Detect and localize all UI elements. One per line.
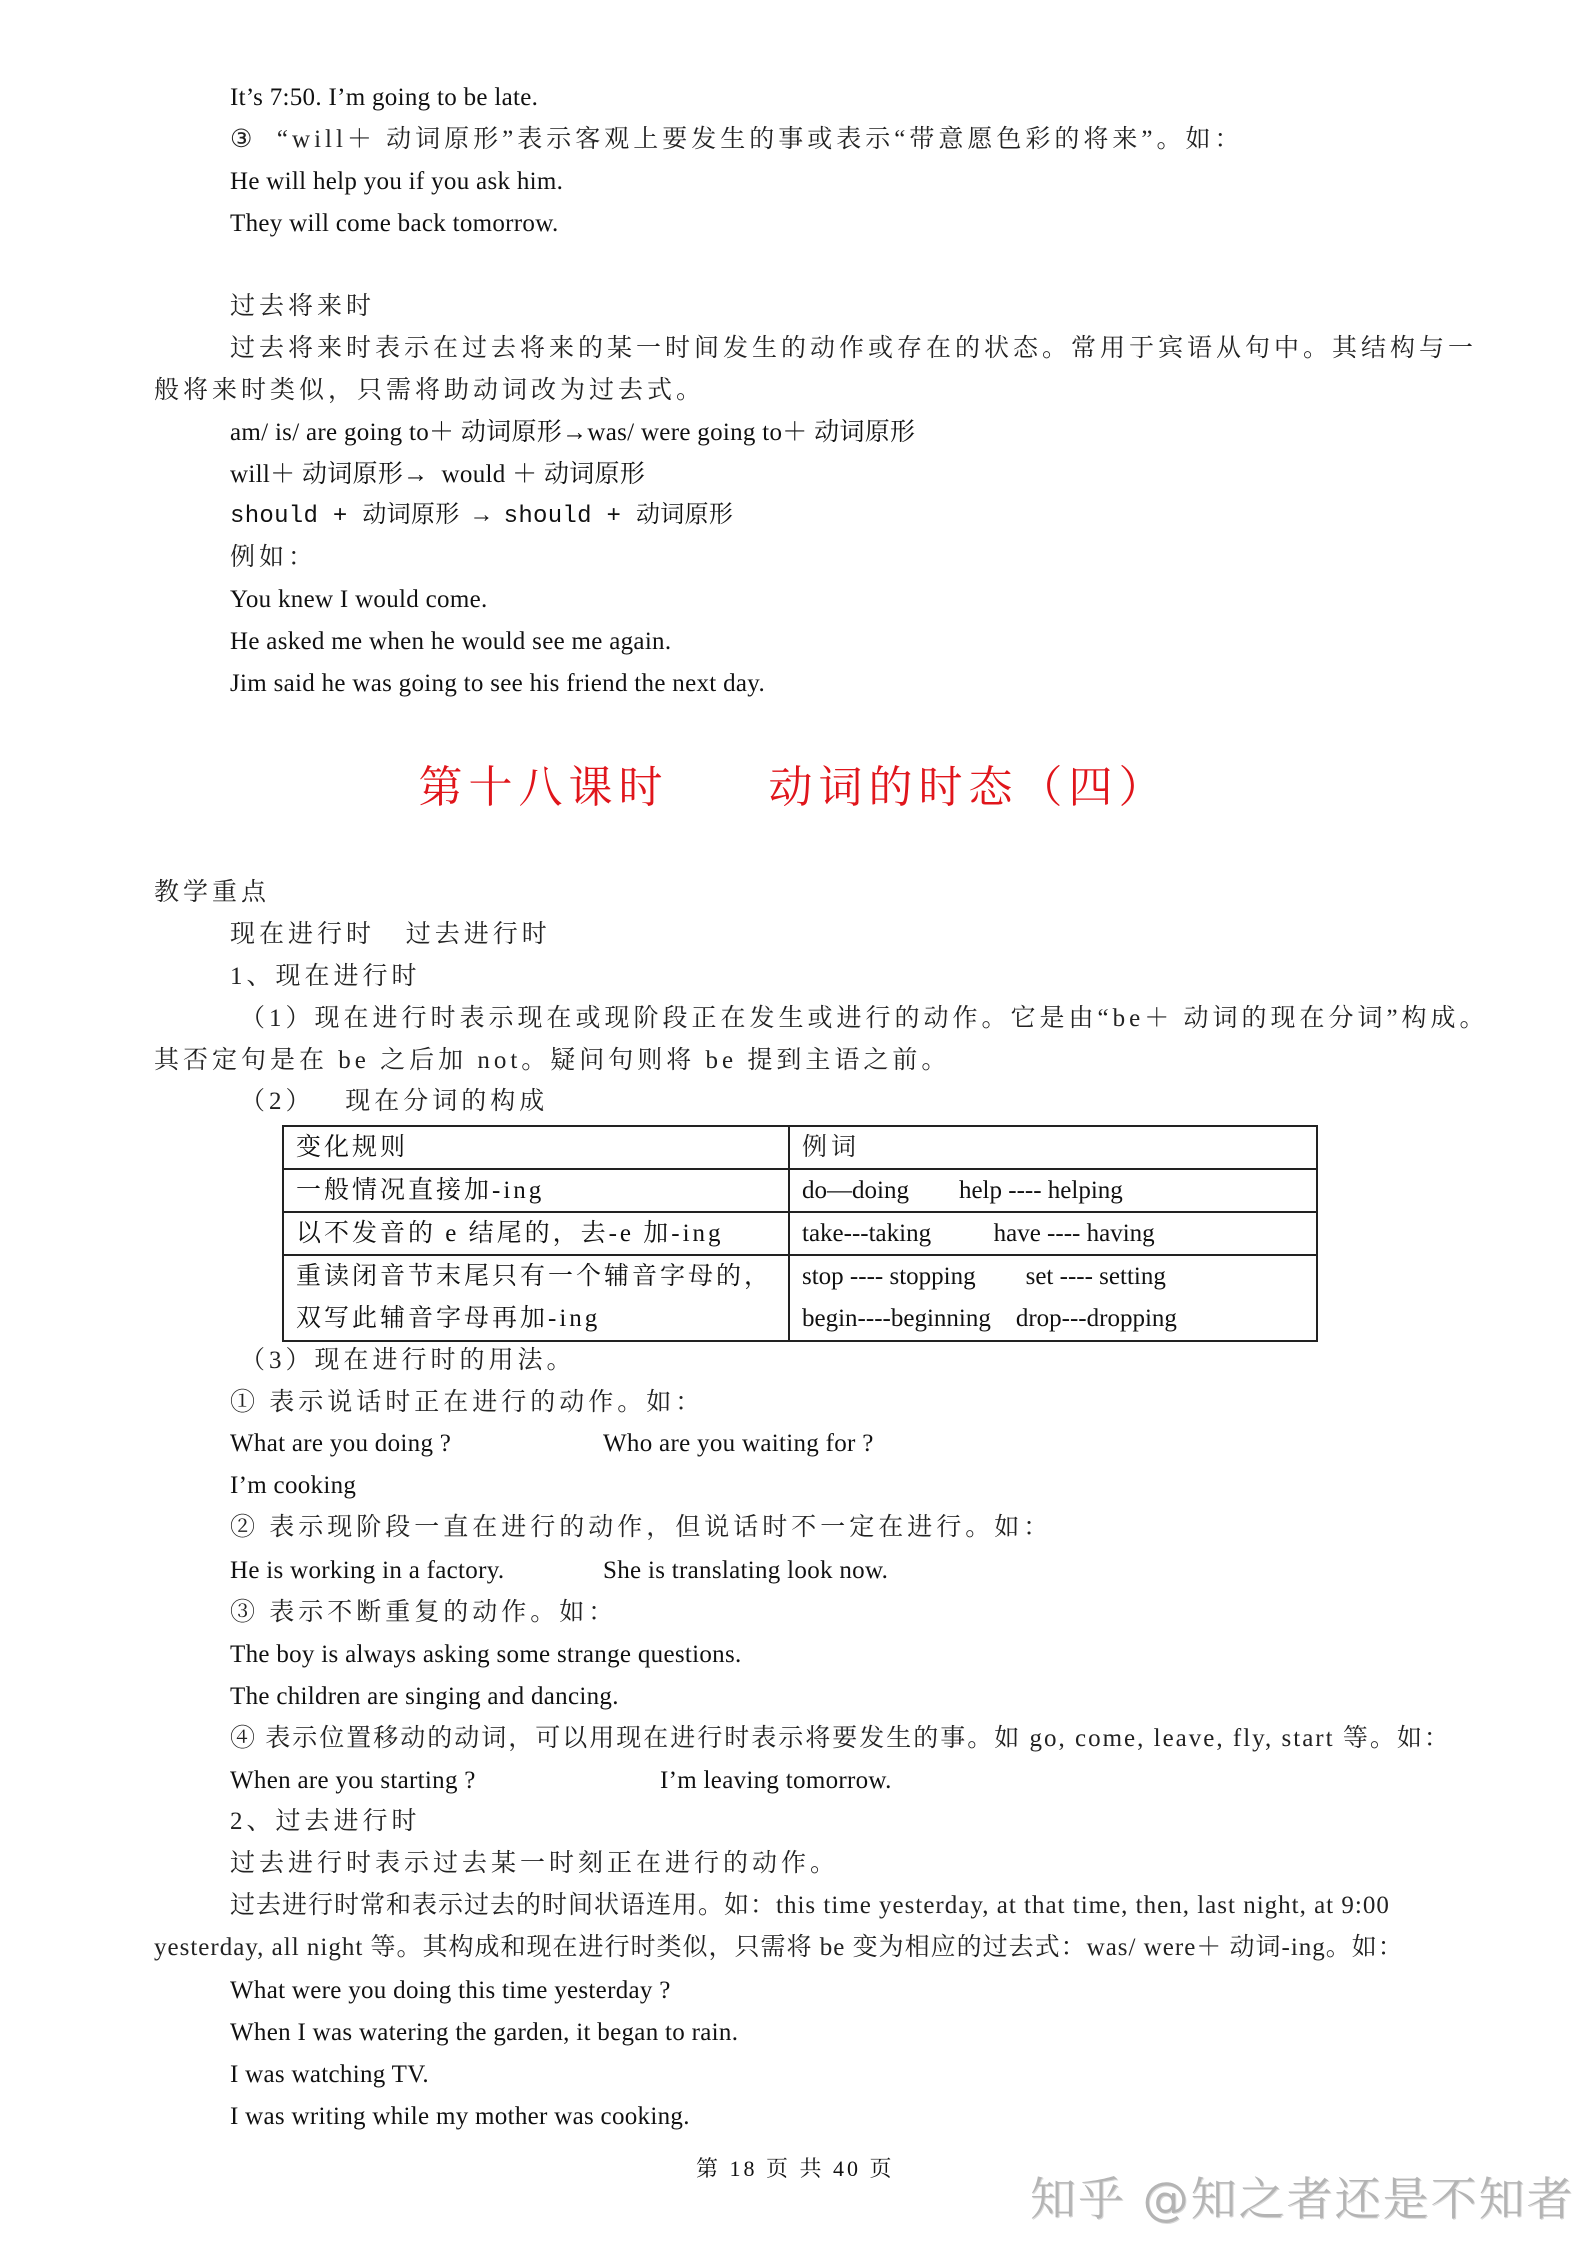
rule-line: 双写此辅音字母再加-ing bbox=[296, 1298, 776, 1340]
rule-line: will＋ 动词原形→ would ＋ 动词原形 bbox=[230, 454, 645, 496]
usage-item: ③ 表示不断重复的动作。如： bbox=[230, 1592, 617, 1634]
example-sentence: When are you starting ? bbox=[230, 1760, 476, 1802]
example-sentence: He is working in a factory. bbox=[230, 1550, 504, 1592]
section-heading-present-continuous: 1、现在进行时 bbox=[230, 956, 421, 998]
page-number: 第 18 页 共 40 页 bbox=[696, 2152, 895, 2183]
example-sentence: He will help you if you ask him. bbox=[230, 161, 563, 203]
rule-line: am/ is/ are going to＋ 动词原形→was/ were goi… bbox=[230, 412, 915, 454]
example-sentence: I was writing while my mother was cookin… bbox=[230, 2096, 690, 2138]
rule-line: should + 动词原形 → should + 动词原形 bbox=[230, 496, 733, 538]
focus-items: 现在进行时 过去进行时 bbox=[230, 914, 551, 956]
examples-line: stop ---- stopping set ---- setting bbox=[802, 1256, 1304, 1298]
example-sentence: He asked me when he would see me again. bbox=[230, 621, 671, 663]
paragraph-line: 般将来时类似，只需将助动词改为过去式。 bbox=[154, 370, 705, 412]
paragraph-line: yesterday, all night 等。其构成和现在进行时类似，只需将 b… bbox=[154, 1927, 1404, 1969]
example-sentence: Who are you waiting for ? bbox=[603, 1423, 874, 1465]
example-sentence: When I was watering the garden, it began… bbox=[230, 2012, 738, 2054]
section-heading-past-continuous: 2、过去进行时 bbox=[230, 1801, 421, 1843]
sentence: It’s 7:50. I’m going to be late. bbox=[230, 77, 538, 119]
example-sentence: They will come back tomorrow. bbox=[230, 203, 559, 245]
example-sentence: I’m cooking bbox=[230, 1465, 356, 1507]
rule-line: 重读闭音节末尾只有一个辅音字母的， bbox=[296, 1256, 776, 1298]
examples-cell: stop ---- stopping set ---- settingbegin… bbox=[789, 1255, 1317, 1341]
rule-cell: 重读闭音节末尾只有一个辅音字母的，双写此辅音字母再加-ing bbox=[283, 1255, 789, 1341]
example-sentence: The boy is always asking some strange qu… bbox=[230, 1634, 742, 1676]
paragraph-line: 过去进行时表示过去某一时刻正在进行的动作。 bbox=[230, 1843, 839, 1885]
paragraph-line: （1）现在进行时表示现在或现阶段正在发生或进行的动作。它是由“be＋ 动词的现在… bbox=[240, 998, 1489, 1040]
lesson-number: 第十八课时 bbox=[419, 762, 669, 813]
usage-item: ② 表示现阶段一直在进行的动作，但说话时不一定在进行。如： bbox=[230, 1507, 1052, 1549]
examples-cell: take---taking have ---- having bbox=[789, 1212, 1317, 1255]
usage-item: ④ 表示位置移动的动词，可以用现在进行时表示将要发生的事。如 go, come,… bbox=[230, 1718, 1451, 1760]
column-header: 变化规则 bbox=[283, 1126, 789, 1169]
paragraph-line: 过去将来时表示在过去将来的某一时间发生的动作或存在的状态。常用于宾语从句中。其结… bbox=[230, 328, 1477, 370]
examples-cell: do—doing help ---- helping bbox=[789, 1169, 1317, 1212]
participle-rules-table: 变化规则 例词 一般情况直接加-ing do—doing help ---- h… bbox=[282, 1125, 1318, 1342]
example-sentence: What are you doing ? bbox=[230, 1423, 451, 1465]
example-label: 例如： bbox=[230, 537, 317, 579]
example-sentence: I’m leaving tomorrow. bbox=[660, 1760, 892, 1802]
examples-line: begin----beginning drop---dropping bbox=[802, 1298, 1304, 1340]
usage-will-rule: ③ “will＋ 动词原形”表示客观上要发生的事或表示“带意愿色彩的将来”。如： bbox=[230, 119, 1243, 161]
lesson-topic: 动词的时态（四） bbox=[769, 762, 1169, 813]
rule-cell: 一般情况直接加-ing bbox=[283, 1169, 789, 1212]
example-sentence: What were you doing this time yesterday … bbox=[230, 1970, 671, 2012]
table-row: 以不发音的 e 结尾的，去-e 加-ing take---taking have… bbox=[283, 1212, 1317, 1255]
example-sentence: She is translating look now. bbox=[603, 1550, 888, 1592]
table-row: 一般情况直接加-ing do—doing help ---- helping bbox=[283, 1169, 1317, 1212]
rule-cell: 以不发音的 e 结尾的，去-e 加-ing bbox=[283, 1212, 789, 1255]
lesson-title: 第十八课时动词的时态（四） bbox=[0, 760, 1587, 816]
subsection-heading: （2） 现在分词的构成 bbox=[240, 1081, 548, 1123]
example-sentence: You knew I would come. bbox=[230, 579, 488, 621]
paragraph-line: 过去进行时常和表示过去的时间状语连用。如：this time yesterday… bbox=[230, 1885, 1390, 1927]
example-sentence: I was watching TV. bbox=[230, 2054, 429, 2096]
column-header: 例词 bbox=[789, 1126, 1317, 1169]
focus-label: 教学重点 bbox=[154, 872, 270, 914]
zhihu-watermark: 知乎 @知之者还是不知者 bbox=[1030, 2163, 1575, 2229]
table-row: 重读闭音节末尾只有一个辅音字母的，双写此辅音字母再加-ing stop ----… bbox=[283, 1255, 1317, 1341]
example-sentence: Jim said he was going to see his friend … bbox=[230, 663, 765, 705]
paragraph-line: 其否定句是在 be 之后加 not。疑问句则将 be 提到主语之前。 bbox=[154, 1040, 950, 1082]
usage-item: ① 表示说话时正在进行的动作。如： bbox=[230, 1382, 704, 1424]
section-heading-past-future: 过去将来时 bbox=[230, 286, 375, 328]
subsection-heading: （3）现在进行时的用法。 bbox=[240, 1340, 576, 1382]
example-sentence: The children are singing and dancing. bbox=[230, 1676, 619, 1718]
table-header-row: 变化规则 例词 bbox=[283, 1126, 1317, 1169]
